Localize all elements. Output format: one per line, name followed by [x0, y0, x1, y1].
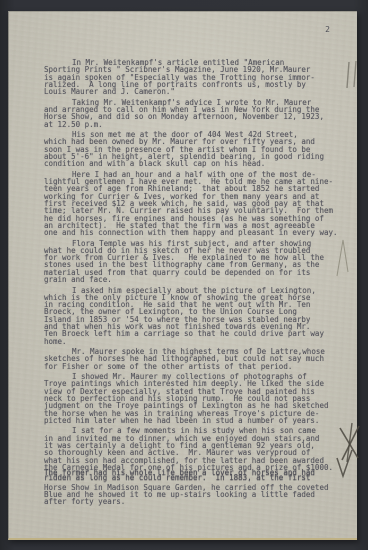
paragraph: I asked him especially about the picture… — [44, 287, 346, 345]
paragraph: In Mr. Weitenkampf's article entitled "A… — [44, 59, 346, 95]
paragraph: Mr. Maurer spoke in the highest terms of… — [44, 348, 346, 370]
paragraph: Taking Mr. Weitenkampf's advice I wrote … — [44, 99, 346, 128]
paragraph: I sat for a few moments in his study whe… — [44, 427, 346, 505]
paragraph: Here I had an hour and a half with one o… — [44, 171, 346, 237]
document-page: 2 In Mr. Weitenkampf's article entitled … — [8, 11, 357, 540]
paragraph: I showed Mr. Maurer my collections of ph… — [44, 373, 346, 424]
crossed-x-ink-mark — [333, 420, 367, 482]
typewritten-body: In Mr. Weitenkampf's article entitled "A… — [44, 59, 346, 505]
paragraph: His son met me at the door of 404 West 4… — [44, 131, 346, 167]
paragraph-lines: I sat for a few moments in his study whe… — [44, 427, 346, 471]
caret-pencil-mark — [331, 236, 355, 280]
double-tick-pencil-mark — [341, 56, 363, 92]
overstruck-lines: The former had his whole life been a lov… — [44, 471, 346, 481]
page-number: 2 — [325, 25, 330, 34]
paragraph-lines: Horse Show in Madison Square Garden, he … — [44, 484, 346, 506]
scan-background: 2 In Mr. Weitenkampf's article entitled … — [0, 0, 368, 550]
paragraph: Flora Temple was his first subject, and … — [44, 240, 346, 284]
